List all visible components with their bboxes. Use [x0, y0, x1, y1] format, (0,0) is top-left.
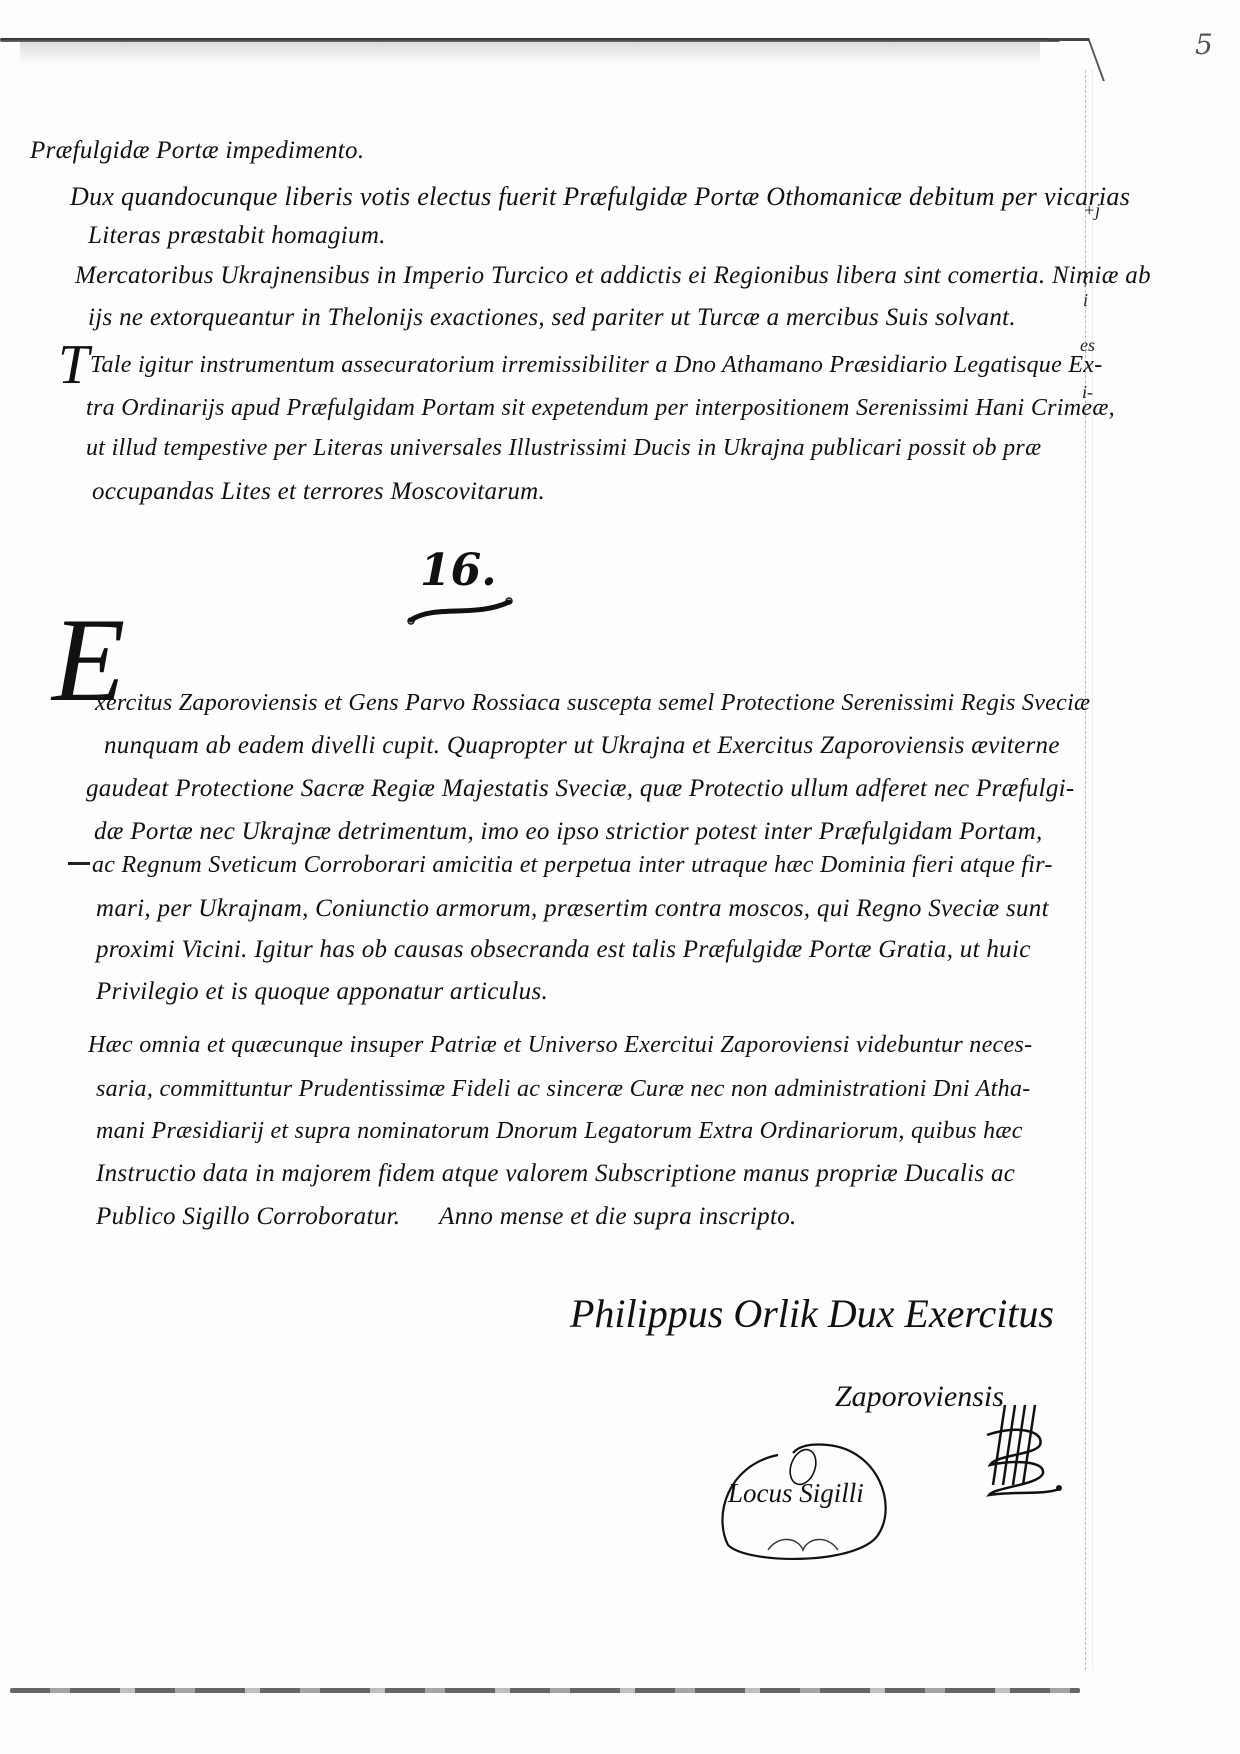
text-line: ac Regnum Sveticum Corroborari amicitia …: [92, 852, 1053, 879]
text-line: Hæc omnia et quæcunque insuper Patriæ et…: [88, 1032, 1032, 1059]
text-line: nunquam ab eadem divelli cupit. Quapropt…: [104, 732, 1060, 760]
page-folded-corner: [1047, 38, 1105, 81]
margin-note: +j: [1083, 200, 1100, 221]
text-line: Publico Sigillo Corroboratur. Anno mense…: [96, 1203, 797, 1231]
page-top-edge: [0, 38, 1060, 42]
signature-title: Zaporoviensis: [835, 1380, 1004, 1414]
signature-paraph-icon: [985, 1395, 1065, 1505]
text-line: proximi Vicini. Igitur has ob causas obs…: [96, 936, 1031, 964]
page-top-shadow: [20, 42, 1040, 64]
page-right-edge-shadow: [1092, 70, 1093, 1670]
margin-note: es: [1080, 335, 1095, 356]
page-number: 5: [1195, 28, 1213, 61]
text-line: occupandas Lites et terrores Moscovitaru…: [92, 478, 545, 506]
text-line: tra Ordinarijs apud Præfulgidam Portam s…: [86, 395, 1115, 422]
heading-flourish-icon: [405, 596, 515, 626]
text-line: mani Præsidiarij et supra nominatorum Dn…: [96, 1118, 1023, 1145]
page-bottom-edge: [10, 1688, 1080, 1693]
signature-name: Philippus Orlik Dux Exercitus: [570, 1290, 1054, 1337]
scanned-manuscript-page: 5 Præfulgidæ Portæ impedimento. Dux quan…: [0, 0, 1240, 1754]
section-heading: 16.: [420, 545, 497, 596]
text-line: saria, committuntur Prudentissimæ Fideli…: [96, 1076, 1031, 1103]
text-line: Mercatoribus Ukrajnensibus in Imperio Tu…: [75, 262, 1151, 290]
text-line: xercitus Zaporoviensis et Gens Parvo Ros…: [95, 690, 1090, 717]
text-line: Præfulgidæ Portæ impedimento.: [30, 137, 364, 165]
drop-cap-t: T: [58, 333, 89, 397]
text-line: Privilegio et is quoque apponatur articu…: [96, 978, 548, 1006]
text-line: ut illud tempestive per Literas universa…: [86, 435, 1041, 462]
seal-label: Locus Sigilli: [728, 1478, 864, 1509]
margin-dash-mark: [68, 862, 90, 865]
text-line: gaudeat Protectione Sacræ Regiæ Majestat…: [86, 775, 1075, 803]
text-line: Literas præstabit homagium.: [88, 222, 386, 250]
text-line: dæ Portæ nec Ukrajnæ detrimentum, imo eo…: [94, 818, 1043, 846]
text-line: mari, per Ukrajnam, Coniunctio armorum, …: [96, 895, 1049, 923]
margin-note: i: [1083, 290, 1088, 311]
margin-note: i-: [1082, 382, 1093, 403]
text-line: Instructio data in majorem fidem atque v…: [96, 1160, 1015, 1188]
text-line: Tale igitur instrumentum assecuratorium …: [90, 352, 1103, 379]
margin-note: ;: [1083, 268, 1089, 289]
text-line: Dux quandocunque liberis votis electus f…: [70, 182, 1130, 212]
text-line: ijs ne extorqueantur in Thelonijs exacti…: [88, 304, 1016, 332]
